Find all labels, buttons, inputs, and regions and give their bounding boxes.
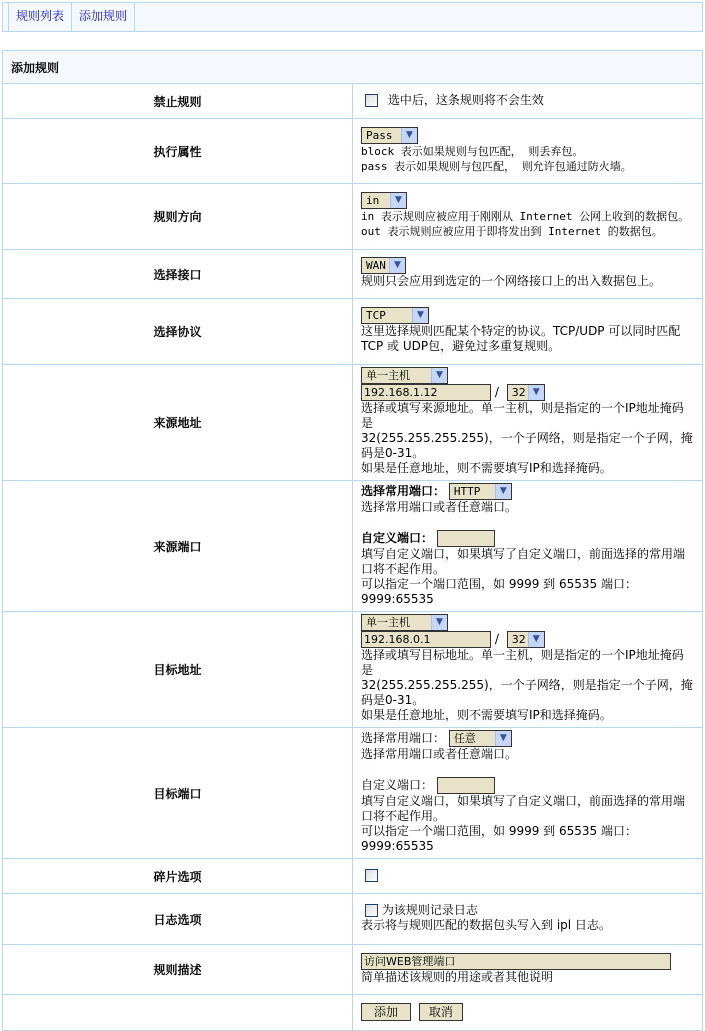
tab-add-rule[interactable]: 添加规则: [72, 3, 135, 31]
dest-addr-desc-2: 32(255.255.255.255)，一个子网络，则是指定一个子网，掩码是0-…: [361, 678, 694, 708]
form-title: 添加规则: [3, 51, 703, 84]
dest-addr-desc-1: 选择或填写目标地址。单一主机，则是指定的一个IP地址掩码是: [361, 648, 694, 678]
dest-port-label: 目标端口: [3, 728, 353, 859]
tab-list: 规则列表 添加规则: [8, 3, 135, 31]
dest-common-port-select[interactable]: 任意 ▼: [449, 730, 512, 747]
tab-bar: 规则列表 添加规则: [2, 2, 703, 32]
action-select-value: Pass: [362, 128, 401, 143]
dest-addr-type-select[interactable]: 单一主机 ▼: [361, 614, 448, 631]
chevron-down-icon: ▼: [528, 385, 544, 400]
protocol-select[interactable]: TCP ▼: [361, 307, 429, 324]
add-rule-form: 添加规则 禁止规则 选中后，这条规则将不会生效 执行属性 Pass ▼ bloc…: [2, 50, 703, 961]
direction-select-value: in: [362, 193, 390, 208]
source-addr-desc-3: 如果是任意地址，则不需要填写IP和选择掩码。: [361, 461, 694, 476]
description-label: 规则描述: [3, 945, 353, 962]
mask-separator: /: [495, 385, 499, 399]
chevron-down-icon: ▼: [495, 731, 511, 746]
source-common-port-desc: 选择常用端口或者任意端口。: [361, 500, 694, 515]
description-input[interactable]: 访问WEB管理端口: [361, 953, 671, 962]
dest-ip-input[interactable]: 192.168.0.1: [361, 631, 491, 648]
source-custom-port-input[interactable]: [437, 530, 495, 547]
chevron-down-icon: ▼: [528, 632, 544, 647]
log-checkbox[interactable]: [365, 904, 378, 917]
protocol-select-value: TCP: [362, 308, 412, 323]
tab-rule-list[interactable]: 规则列表: [9, 3, 72, 31]
source-custom-port-label: 自定义端口：: [361, 531, 433, 545]
interface-select[interactable]: WAN ▼: [361, 257, 406, 274]
chevron-down-icon: ▼: [389, 258, 405, 273]
disable-rule-checkbox[interactable]: [365, 94, 378, 107]
source-addr-type-select[interactable]: 单一主机 ▼: [361, 367, 448, 384]
log-checkbox-label: 为该规则记录日志: [382, 903, 478, 917]
action-select[interactable]: Pass ▼: [361, 127, 418, 144]
chevron-down-icon: ▼: [390, 193, 406, 208]
direction-label: 规则方向: [3, 184, 353, 250]
interface-label: 选择接口: [3, 250, 353, 299]
chevron-down-icon: ▼: [431, 368, 447, 383]
direction-desc-in: in 表示规则应被应用于刚刚从 Internet 公网上收到的数据包。: [361, 209, 694, 224]
tab-bar-divider: [3, 31, 702, 32]
action-desc-block: block 表示如果规则与包匹配， 则丢弃包。: [361, 144, 694, 159]
log-label: 日志选项: [3, 894, 353, 945]
chevron-down-icon: ▼: [401, 128, 417, 143]
dest-mask-value: 32: [508, 632, 528, 647]
source-common-port-label: 选择常用端口：: [361, 484, 445, 498]
dest-addr-desc-3: 如果是任意地址，则不需要填写IP和选择掩码。: [361, 708, 694, 723]
direction-desc-out: out 表示规则应被应用于即将发出到 Internet 的数据包。: [361, 224, 694, 239]
source-addr-label: 来源地址: [3, 365, 353, 481]
source-mask-value: 32: [508, 385, 528, 400]
dest-common-port-value: 任意: [450, 731, 495, 746]
interface-desc: 规则只会应用到选定的一个网络接口上的出入数据包上。: [361, 274, 694, 289]
dest-custom-port-desc-2: 可以指定一个端口范围，如 9999 到 65535 端口： 9999:65535: [361, 824, 694, 854]
protocol-label: 选择协议: [3, 299, 353, 365]
dest-custom-port-desc-1: 填写自定义端口，如果填写了自定义端口，前面选择的常用端口将不起作用。: [361, 794, 694, 824]
dest-addr-type-value: 单一主机: [362, 615, 431, 630]
chevron-down-icon: ▼: [495, 484, 511, 499]
source-common-port-select[interactable]: HTTP ▼: [449, 483, 512, 500]
fragment-checkbox[interactable]: [365, 869, 378, 882]
fragment-label: 碎片选项: [3, 859, 353, 894]
source-custom-port-desc-1: 填写自定义端口，如果填写了自定义端口，前面选择的常用端口将不起作用。: [361, 547, 694, 577]
disable-rule-hint: 选中后，这条规则将不会生效: [388, 93, 544, 107]
disable-rule-label: 禁止规则: [3, 84, 353, 119]
chevron-down-icon: ▼: [412, 308, 428, 323]
log-desc: 表示将与规则匹配的数据包头写入到 ipl 日志。: [361, 918, 694, 933]
source-port-label: 来源端口: [3, 481, 353, 612]
action-desc-pass: pass 表示如果规则与包匹配， 则允许包通过防火墙。: [361, 159, 694, 174]
source-custom-port-desc-2: 可以指定一个端口范围，如 9999 到 65535 端口： 9999:65535: [361, 577, 694, 607]
dest-common-port-label: 选择常用端口：: [361, 731, 445, 745]
dest-custom-port-input[interactable]: [437, 777, 495, 794]
dest-common-port-desc: 选择常用端口或者任意端口。: [361, 747, 694, 762]
source-common-port-value: HTTP: [450, 484, 495, 499]
source-addr-desc-1: 选择或填写来源地址。单一主机，则是指定的一个IP地址掩码是: [361, 401, 694, 431]
source-addr-desc-2: 32(255.255.255.255)，一个子网络，则是指定一个子网，掩码是0-…: [361, 431, 694, 461]
dest-addr-label: 目标地址: [3, 612, 353, 728]
mask-separator: /: [495, 632, 499, 646]
source-ip-input[interactable]: 192.168.1.12: [361, 384, 491, 401]
dest-mask-select[interactable]: 32 ▼: [507, 631, 545, 648]
chevron-down-icon: ▼: [431, 615, 447, 630]
source-addr-type-value: 单一主机: [362, 368, 431, 383]
source-mask-select[interactable]: 32 ▼: [507, 384, 545, 401]
action-label: 执行属性: [3, 119, 353, 184]
protocol-desc: 这里选择规则匹配某个特定的协议。TCP/UDP 可以同时匹配 TCP 或 UDP…: [361, 324, 694, 354]
interface-select-value: WAN: [362, 258, 389, 273]
direction-select[interactable]: in ▼: [361, 192, 407, 209]
dest-custom-port-label: 自定义端口：: [361, 778, 433, 792]
